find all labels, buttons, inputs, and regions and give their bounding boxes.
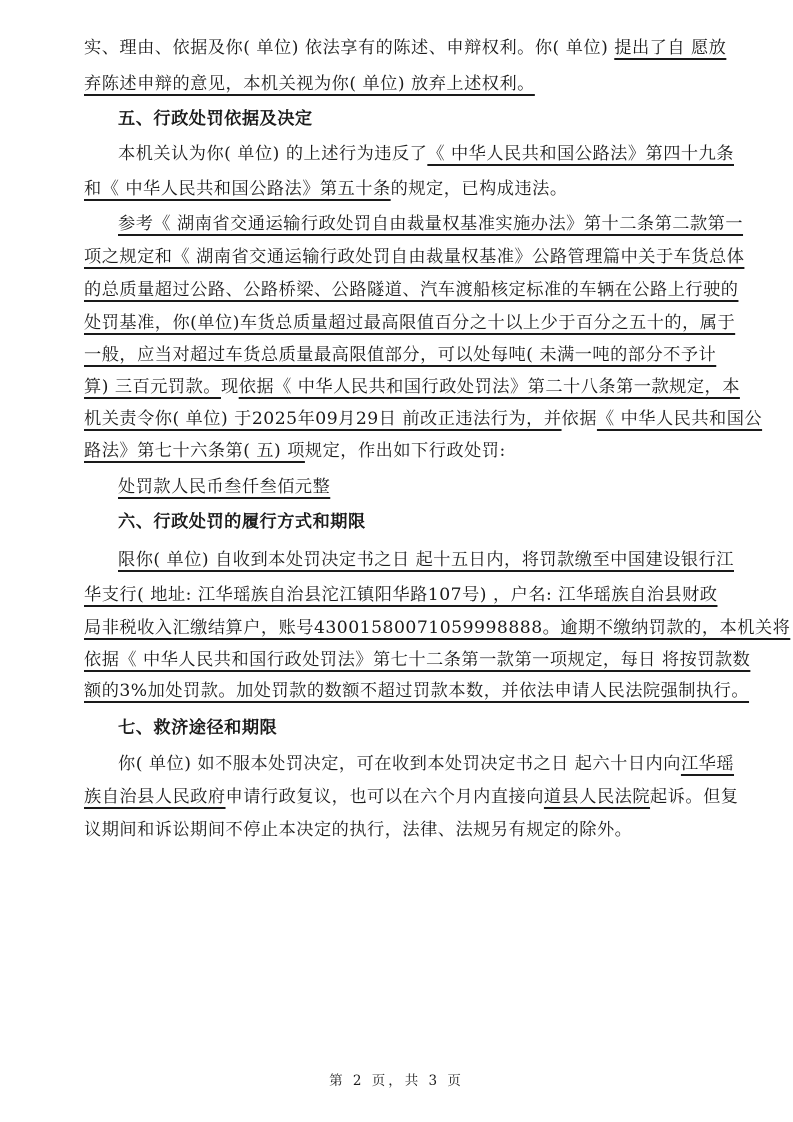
underlined-text: 的总质量超过公路、公路桥梁、公路隧道、汽车渡船核定标准的车辆在公路上行驶的 xyxy=(84,280,738,300)
text-run: 依据 xyxy=(562,409,597,429)
section-heading-5: 五、行政处罚依据及决定 xyxy=(118,104,313,134)
underlined-text: 依据《 中华人民共和国行政处罚法》第七十二条第一款第一项规定，每日 将按罚款数 xyxy=(84,650,750,670)
document-page: 实、理由、依据及你( 单位) 依法享有的陈述、申辩权利。你( 单位) 提出了自 … xyxy=(0,0,793,1122)
paragraph-line: 算) 三百元罚款。现依据《 中华人民共和国行政处罚法》第二十八条第一款规定，本 xyxy=(84,372,709,402)
underlined-text: 算) 三百元罚款。 xyxy=(84,377,221,397)
underlined-text: 一般，应当对超过车货总质量最高限值部分，可以处每吨( 未满一吨的部分不予计 xyxy=(84,345,716,365)
page-number-footer: 第 2 页，共 3 页 xyxy=(0,1069,793,1089)
underlined-text: 参考《 湖南省交通运输行政处罚自由裁量权基准实施办法》第十二条第二款第一 xyxy=(118,214,743,234)
underlined-text: 处罚款人民币叁仟叁佰元整 xyxy=(118,477,330,497)
paragraph-line: 参考《 湖南省交通运输行政处罚自由裁量权基准实施办法》第十二条第二款第一 xyxy=(118,209,709,239)
text-run: 起诉。但复 xyxy=(650,787,738,807)
text-run: 规定，作出如下行政处罚: xyxy=(305,441,506,461)
underlined-text: 机关责令你( 单位) 于2025年09月29日 前改正违法行为，并 xyxy=(84,409,562,429)
paragraph-line: 项之规定和《 湖南省交通运输行政处罚自由裁量权基准》公路管理篇中关于车货总体 xyxy=(84,242,709,272)
paragraph-line: 你( 单位) 如不服本处罚决定，可在收到本处罚决定书之日 起六十日内向江华瑶 xyxy=(118,749,709,779)
underlined-text: 依据《 中华人民共和国行政处罚法》第二十八条第一款规定，本 xyxy=(239,377,740,397)
text-run: 的规定，已构成违法。 xyxy=(391,179,568,199)
underlined-text: 江华瑶 xyxy=(681,754,734,774)
underlined-text: 《 中华人民共和国公 xyxy=(597,409,762,429)
paragraph-line: 华支行( 地址: 江华瑶族自治县沱江镇阳华路107号) ，户名: 江华瑶族自治县… xyxy=(84,580,709,610)
text-run: 本机关认为你( 单位) 的上述行为违反了 xyxy=(118,144,427,164)
section-heading-7: 七、救济途径和期限 xyxy=(118,713,277,743)
paragraph-line: 机关责令你( 单位) 于2025年09月29日 前改正违法行为，并依据《 中华人… xyxy=(84,404,709,434)
underlined-text: 和《 中华人民共和国公路法》第五十条 xyxy=(84,179,391,199)
section-heading-6: 六、行政处罚的履行方式和期限 xyxy=(118,507,366,537)
underlined-text: 项之规定和《 湖南省交通运输行政处罚自由裁量权基准》公路管理篇中关于车货总体 xyxy=(84,247,744,267)
paragraph-line: 族自治县人民政府申请行政复议，也可以在六个月内直接向道县人民法院起诉。但复 xyxy=(84,782,709,812)
text-run: 实、理由、依据及你( 单位) 依法享有的陈述、申辩权利。你( 单位) xyxy=(84,38,614,58)
paragraph-line: 本机关认为你( 单位) 的上述行为违反了《 中华人民共和国公路法》第四十九条 xyxy=(118,139,709,169)
text-run: 议期间和诉讼期间不停止本决定的执行，法律、法规另有规定的除外。 xyxy=(84,820,632,840)
underlined-text: 额的3%加处罚款。加处罚款的数额不超过罚款本数，并依法申请人民法院强制执行。 xyxy=(84,681,749,701)
paragraph-line: 一般，应当对超过车货总质量最高限值部分，可以处每吨( 未满一吨的部分不予计 xyxy=(84,340,709,370)
underlined-text: 提出了自 愿放 xyxy=(614,38,726,58)
paragraph-line: 局非税收入汇缴结算户，账号43001580071059998888。逾期不缴纳罚… xyxy=(84,613,709,643)
paragraph-line: 路法》第七十六条第( 五) 项规定，作出如下行政处罚: xyxy=(84,436,709,466)
underlined-text: 《 中华人民共和国公路法》第四十九条 xyxy=(427,144,734,164)
paragraph-line: 议期间和诉讼期间不停止本决定的执行，法律、法规另有规定的除外。 xyxy=(84,815,709,845)
underlined-text: 局非税收入汇缴结算户，账号43001580071059998888。逾期不缴纳罚… xyxy=(84,618,790,638)
paragraph-line: 和《 中华人民共和国公路法》第五十条的规定，已构成违法。 xyxy=(84,174,709,204)
paragraph-line: 额的3%加处罚款。加处罚款的数额不超过罚款本数，并依法申请人民法院强制执行。 xyxy=(84,676,709,706)
paragraph-line: 的总质量超过公路、公路桥梁、公路隧道、汽车渡船核定标准的车辆在公路上行驶的 xyxy=(84,275,709,305)
underlined-text: 处罚基准，你(单位)车货总质量超过最高限值百分之十以上少于百分之五十的，属于 xyxy=(84,313,735,333)
paragraph-line: 处罚基准，你(单位)车货总质量超过最高限值百分之十以上少于百分之五十的，属于 xyxy=(84,308,709,338)
text-run: 现 xyxy=(221,377,239,397)
paragraph-line: 限你( 单位) 自收到本处罚决定书之日 起十五日内，将罚款缴至中国建设银行江 xyxy=(118,545,709,575)
underlined-text: 道县人民法院 xyxy=(544,787,650,807)
penalty-amount-line: 处罚款人民币叁仟叁佰元整 xyxy=(118,472,709,502)
paragraph-line: 实、理由、依据及你( 单位) 依法享有的陈述、申辩权利。你( 单位) 提出了自 … xyxy=(84,33,709,63)
underlined-text: 弃陈述申辩的意见，本机关视为你( 单位) 放弃上述权利。 xyxy=(84,74,535,94)
paragraph-line: 弃陈述申辩的意见，本机关视为你( 单位) 放弃上述权利。 xyxy=(84,69,709,99)
underlined-text: 路法》第七十六条第( 五) 项 xyxy=(84,441,305,461)
underlined-text: 华支行( 地址: 江华瑶族自治县沱江镇阳华路107号) ，户名: 江华瑶族自治县… xyxy=(84,585,717,605)
underlined-text: 族自治县人民政府 xyxy=(84,787,226,807)
text-run: 申请行政复议，也可以在六个月内直接向 xyxy=(226,787,544,807)
text-run: 你( 单位) 如不服本处罚决定，可在收到本处罚决定书之日 起六十日内向 xyxy=(118,754,681,774)
underlined-text: 限你( 单位) 自收到本处罚决定书之日 起十五日内，将罚款缴至中国建设银行江 xyxy=(118,550,734,570)
paragraph-line: 依据《 中华人民共和国行政处罚法》第七十二条第一款第一项规定，每日 将按罚款数 xyxy=(84,645,709,675)
